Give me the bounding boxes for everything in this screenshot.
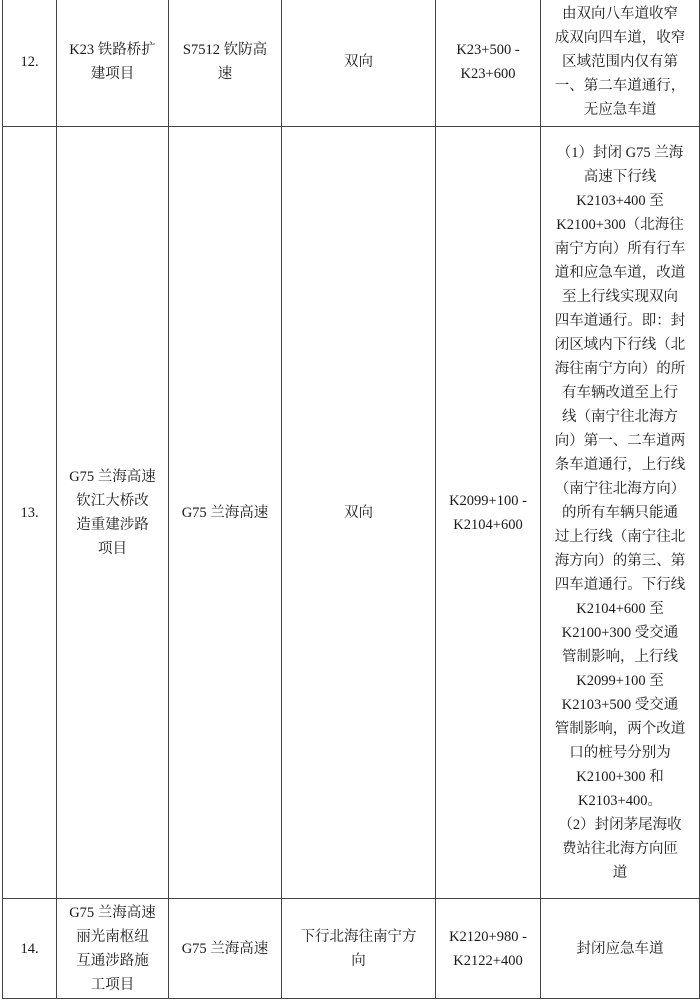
project-line: 丽光南枢纽 <box>61 925 164 949</box>
measures-line: 区域范围内仅有第 <box>545 50 695 74</box>
row-number: 14. <box>3 899 57 999</box>
project-line: 互通涉路施 <box>61 949 164 973</box>
measures-line: K2104+600 至 <box>545 597 695 621</box>
range-line: K2104+600 <box>440 513 536 537</box>
table-row: 13. G75 兰海高速钦江大桥改造重建涉路项目 G75 兰海高速 双向 K20… <box>3 127 700 899</box>
direction-line: 双向 <box>286 501 431 525</box>
stake-range: K2099+100 -K2104+600 <box>436 127 541 899</box>
range-line: K2120+980 - <box>440 925 536 949</box>
measures-line: K2100+300 和 <box>545 765 695 789</box>
measures-line: 过上行线（南宁往北 <box>545 525 695 549</box>
table-row: 14. G75 兰海高速丽光南枢纽互通涉路施工项目 G75 兰海高速 下行北海往… <box>3 899 700 999</box>
measures-line: 管制影响，上行线 <box>545 645 695 669</box>
measures-line: 四车道通行。下行线 <box>545 573 695 597</box>
measures-line: （南宁往北海方向） <box>545 477 695 501</box>
measures-line: 四车道通行。即：封 <box>545 309 695 333</box>
measures-line: 海往南宁方向）的所 <box>545 357 695 381</box>
direction-line: 双向 <box>286 50 431 74</box>
measures-line: K2103+400 至 <box>545 189 695 213</box>
control-measures: 由双向八车道收窄成双向四车道，收窄区域范围内仅有第一、第二车道通行，无应急车道 <box>541 0 700 127</box>
measures-line: 由双向八车道收窄 <box>545 2 695 26</box>
table-row: 12. K23 铁路桥扩建项目 S7512 钦防高速 双向 K23+500 -K… <box>3 0 700 127</box>
measures-line: 线（南宁往北海方 <box>545 405 695 429</box>
range-line: K23+500 - <box>440 38 536 62</box>
measures-line: 封闭应急车道 <box>545 937 695 961</box>
road-closure-table: 12. K23 铁路桥扩建项目 S7512 钦防高速 双向 K23+500 -K… <box>2 0 700 999</box>
direction-line: 向 <box>286 949 431 973</box>
measures-line: 一、第二车道通行， <box>545 74 695 98</box>
project-line: G75 兰海高速 <box>61 465 164 489</box>
measures-line: （2）封闭茅尾海收 <box>545 813 695 837</box>
road-name: G75 兰海高速 <box>169 127 282 899</box>
measures-line: 南宁方向）所有行车 <box>545 237 695 261</box>
measures-line: 的所有车辆只能通 <box>545 501 695 525</box>
range-line: K23+600 <box>440 62 536 86</box>
measures-line: K2103+500 受交通 <box>545 693 695 717</box>
road-line: S7512 钦防高 <box>173 38 277 62</box>
measures-line: K2100+300 受交通 <box>545 621 695 645</box>
project-name: G75 兰海高速钦江大桥改造重建涉路项目 <box>57 127 169 899</box>
row-number: 13. <box>3 127 57 899</box>
measures-line: 口的桩号分别为 <box>545 741 695 765</box>
project-name: K23 铁路桥扩建项目 <box>57 0 169 127</box>
project-name: G75 兰海高速丽光南枢纽互通涉路施工项目 <box>57 899 169 999</box>
measures-line: （1）封闭 G75 兰海 <box>545 141 695 165</box>
measures-line: 向）第一、二车道两 <box>545 429 695 453</box>
measures-line: 管制影响，两个改道 <box>545 717 695 741</box>
direction: 下行北海往南宁方向 <box>282 899 436 999</box>
measures-line: 无应急车道 <box>545 98 695 122</box>
measures-line: 至上行线实现双向 <box>545 285 695 309</box>
direction: 双向 <box>282 127 436 899</box>
project-line: 造重建涉路 <box>61 513 164 537</box>
range-line: K2122+400 <box>440 949 536 973</box>
control-measures: 封闭应急车道 <box>541 899 700 999</box>
road-line: G75 兰海高速 <box>173 937 277 961</box>
measures-line: 海方向）的第三、第 <box>545 549 695 573</box>
measures-line: 成双向四车道，收窄 <box>545 26 695 50</box>
project-line: K23 铁路桥扩 <box>61 38 164 62</box>
measures-line: 条车道通行，上行线 <box>545 453 695 477</box>
project-line: 项目 <box>61 537 164 561</box>
range-line: K2099+100 - <box>440 489 536 513</box>
direction-line: 下行北海往南宁方 <box>286 925 431 949</box>
road-line: G75 兰海高速 <box>173 501 277 525</box>
measures-line: 费站往北海方向匝 <box>545 837 695 861</box>
road-line: 速 <box>173 62 277 86</box>
stake-range: K2120+980 -K2122+400 <box>436 899 541 999</box>
measures-line: 有车辆改道至上行 <box>545 381 695 405</box>
row-number: 12. <box>3 0 57 127</box>
control-measures: （1）封闭 G75 兰海高速下行线K2103+400 至K2100+300（北海… <box>541 127 700 899</box>
project-line: 建项目 <box>61 62 164 86</box>
project-line: 钦江大桥改 <box>61 489 164 513</box>
measures-line: K2103+400。 <box>545 789 695 813</box>
direction: 双向 <box>282 0 436 127</box>
project-line: 工项目 <box>61 973 164 997</box>
measures-line: K2099+100 至 <box>545 669 695 693</box>
measures-line: 道 <box>545 861 695 885</box>
stake-range: K23+500 -K23+600 <box>436 0 541 127</box>
road-name: G75 兰海高速 <box>169 899 282 999</box>
road-name: S7512 钦防高速 <box>169 0 282 127</box>
measures-line: 道和应急车道，改道 <box>545 261 695 285</box>
measures-line: K2100+300（北海往 <box>545 213 695 237</box>
measures-line: 高速下行线 <box>545 165 695 189</box>
project-line: G75 兰海高速 <box>61 901 164 925</box>
measures-line: 闭区域内下行线（北 <box>545 333 695 357</box>
